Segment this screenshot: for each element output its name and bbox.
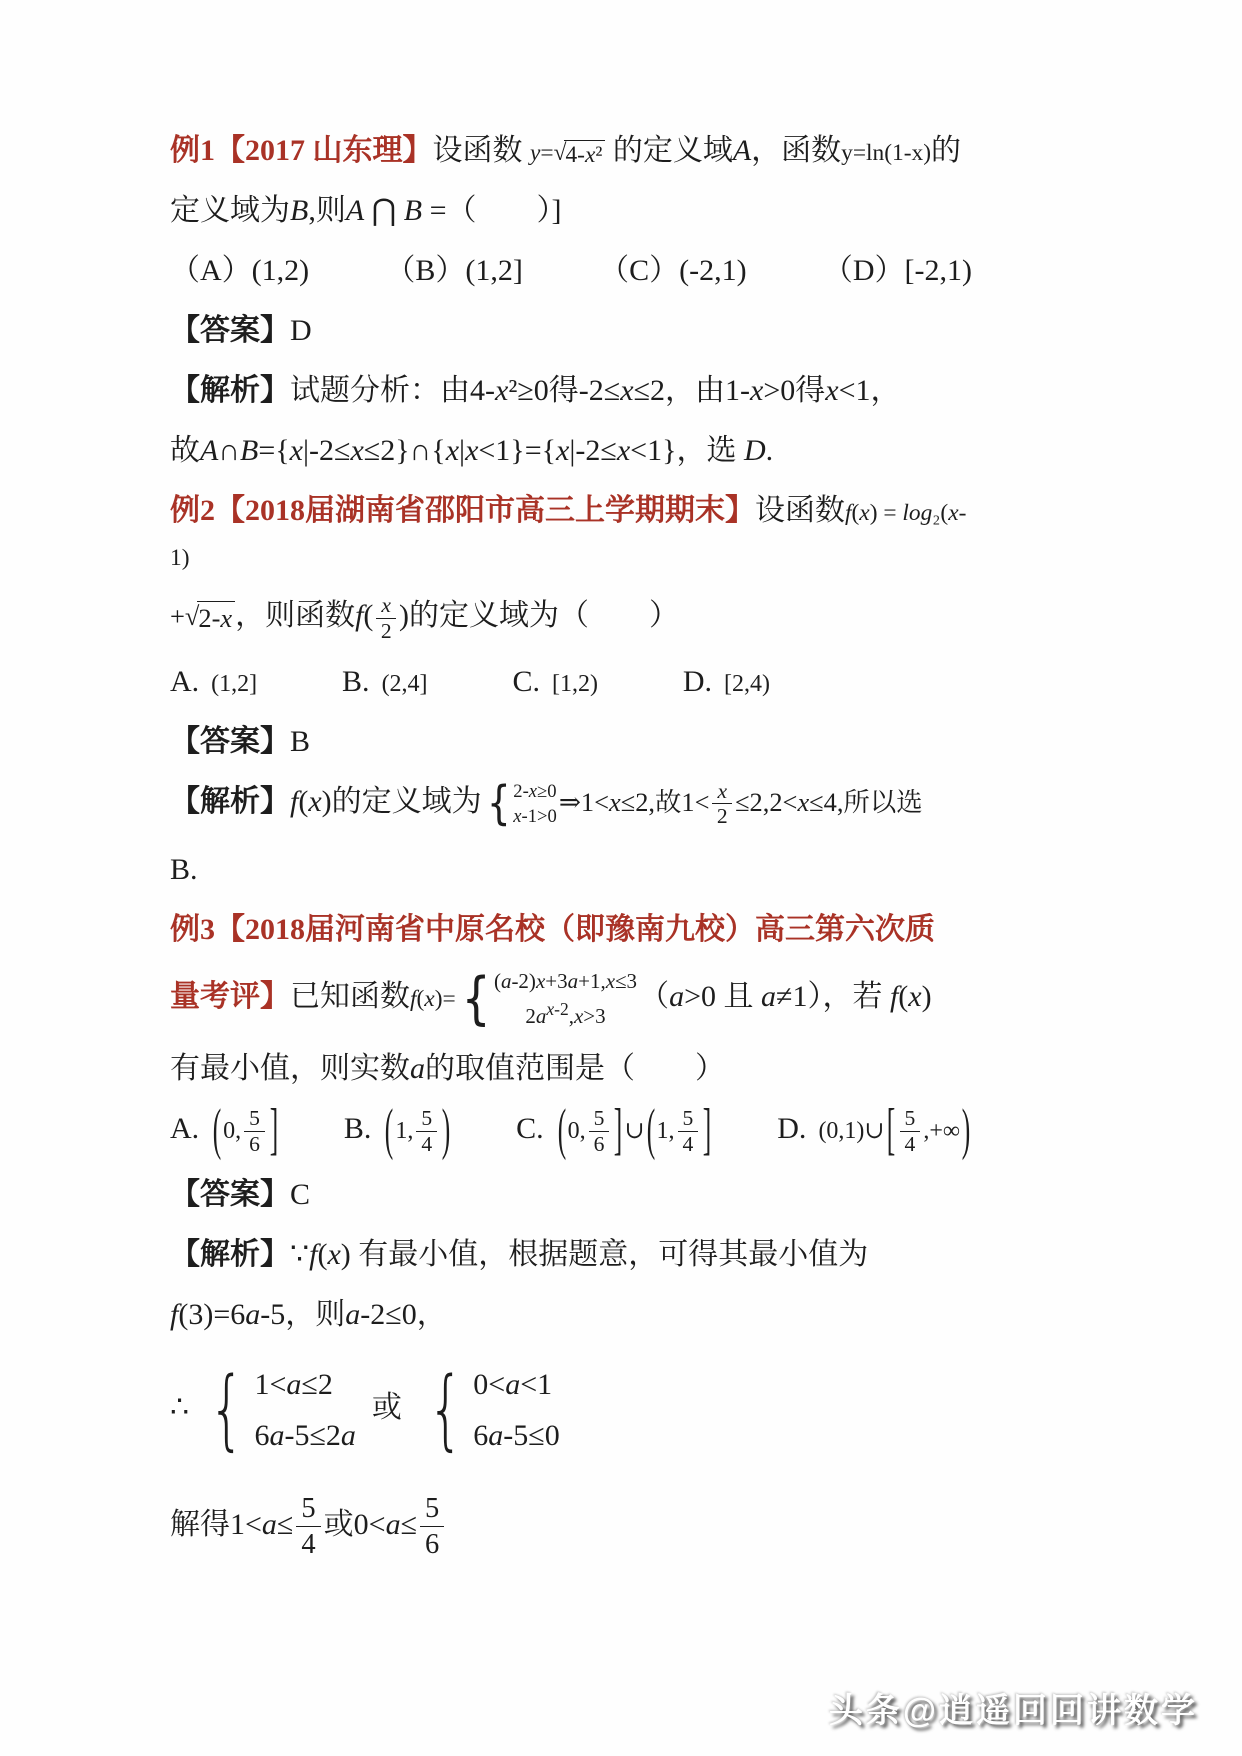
p2-solution-line: 【解析】f(x)的定义域为{2-x≥0x-1>0⇒1<x≤2,故1<x2≤2,2… xyxy=(170,779,972,830)
piecewise-tail: ,x>3 xyxy=(569,1004,606,1028)
fraction-denominator: 4 xyxy=(900,1132,921,1157)
p1-solution-label: 【解析】 xyxy=(170,374,290,407)
p1-text-domain: 的定义域 xyxy=(613,134,733,167)
fraction-denominator: 6 xyxy=(589,1132,610,1157)
piecewise-base: 2a xyxy=(525,1004,546,1028)
option-value: (2,4] xyxy=(382,671,428,697)
p2-heading: 例2【2018届湖南省邵阳市高三上学期期末】 xyxy=(170,494,755,527)
fraction-denominator: 6 xyxy=(244,1132,265,1157)
p3-solve-pre: 解得1<a≤ xyxy=(170,1508,293,1541)
system-row: 0<a<1 xyxy=(473,1359,559,1410)
p3-question-line: 有最小值，则实数a的取值范围是（ ） xyxy=(170,1046,972,1091)
option-label: B. xyxy=(342,665,370,698)
p3-option-a: A.(0,56] xyxy=(170,1106,280,1157)
document-content: 例1【2017 山东理】设函数 y=√4-x² 的定义域A，函数y=ln(1-x… xyxy=(170,128,972,1563)
p3-solution-text1: ∵f(x) 有最小值，根据题意，可得其最小值为 xyxy=(290,1238,868,1271)
fraction-numerator: x xyxy=(376,593,396,619)
p1-options-row: （A）(1,2) （B）(1,2] （C）(-2,1) （D）[-2,1) xyxy=(170,248,972,293)
p3-answer-label: 【答案】 xyxy=(170,1178,290,1211)
p2-answer-label: 【答案】 xyxy=(170,725,290,758)
system-row: 6a-5≤0 xyxy=(473,1410,559,1461)
open-paren: ( xyxy=(645,1103,655,1160)
p2-answer-line: 【答案】B xyxy=(170,719,972,764)
option-value: 1, xyxy=(657,1118,675,1144)
option-value: 0, xyxy=(568,1118,586,1144)
close-bracket: ] xyxy=(613,1103,623,1160)
p2-intro: 设函数 xyxy=(755,494,845,527)
system-row: 1<a≤2 xyxy=(254,1359,355,1410)
system-rows: 0<a<16a-5≤0 xyxy=(473,1359,559,1461)
option-label: A. xyxy=(170,665,199,698)
p1-intro: 设函数 xyxy=(433,134,523,167)
or-word: 或 xyxy=(372,1391,402,1424)
option-label: D. xyxy=(777,1112,806,1145)
p1-title-line: 例1【2017 山东理】设函数 y=√4-x² 的定义域A，函数y=ln(1-x… xyxy=(170,128,972,173)
p2-solution-continued: B. xyxy=(170,847,972,892)
system-rows: 2-x≥0x-1>0 xyxy=(513,779,557,829)
fraction-numerator: 5 xyxy=(589,1106,610,1132)
p1-answer-label: 【答案】 xyxy=(170,314,290,347)
union-symbol: ∪ xyxy=(624,1118,644,1144)
p2-answer-value: B xyxy=(290,725,310,758)
p1-formula2: y=ln(1-x) xyxy=(841,140,931,166)
brace-icon: { xyxy=(487,784,511,824)
p3-solution-line1: 【解析】∵f(x) 有最小值，根据题意，可得其最小值为 xyxy=(170,1232,972,1277)
open-paren: ( xyxy=(557,1103,567,1160)
option-value: (0,1)∪ xyxy=(818,1118,884,1144)
p2-plus-sign: + xyxy=(170,601,185,631)
fraction-denominator: 6 xyxy=(420,1527,444,1563)
p2-option-c: C.[1,2) xyxy=(512,659,598,704)
system-row: 2-x≥0 xyxy=(513,779,557,804)
p1-heading: 例1【2017 山东理】 xyxy=(170,134,433,167)
fraction-numerator: 5 xyxy=(678,1106,699,1132)
p1-var-a: A xyxy=(733,134,751,167)
p2-title-line: 例2【2018届湖南省邵阳市高三上学期期末】设函数f(x) = log₂(x-1… xyxy=(170,488,972,578)
brace-icon: { xyxy=(428,1373,464,1447)
p1-question-line: 定义域为B,则A ⋂ B =（ ）] xyxy=(170,188,972,233)
piecewise-exponent: x-2 xyxy=(546,999,568,1019)
option-label: B. xyxy=(344,1112,372,1145)
p1-formula1-prefix: y= xyxy=(530,140,554,166)
p2-solution-pre: f(x)的定义域为 xyxy=(290,785,482,818)
p1-option-c: （C）(-2,1) xyxy=(599,248,746,293)
fraction-5-4: 54 xyxy=(296,1491,320,1563)
p3-solution-line2: f(3)=6a-5，则a-2≤0， xyxy=(170,1292,972,1337)
p1-radicand: 4-x² xyxy=(564,140,605,170)
brace-icon: { xyxy=(461,975,490,1023)
option-value: [1,2) xyxy=(552,671,598,697)
p1-solution-line1: 【解析】试题分析：由4-x²≥0得-2≤x≤2，由1-x>0得x<1， xyxy=(170,368,972,413)
piecewise-rows: (a-2)x+3a+1,x≤32ax-2,x>3 xyxy=(494,967,637,1031)
p2-sqrt-expression: √2-x xyxy=(185,601,235,635)
fraction-numerator: 5 xyxy=(900,1106,921,1132)
p3-answer-value: C xyxy=(290,1178,310,1211)
document-page: 例1【2017 山东理】设函数 y=√4-x² 的定义域A，函数y=ln(1-x… xyxy=(0,0,1242,1756)
brace-icon: { xyxy=(209,1373,245,1447)
p1-solution-line2: 故A∩B={x|-2≤x≤2}∩{x|x<1}={x|-2≤x<1}，选 D. xyxy=(170,428,972,473)
p3-option-d: D.(0,1)∪[54,+∞) xyxy=(777,1106,972,1157)
p1-text-mid: ，函数 xyxy=(751,134,841,167)
p2-question-line: +√2-x，则函数f(x2)的定义域为（ ） xyxy=(170,593,972,644)
p2-option-a: A.(1,2] xyxy=(170,659,257,704)
fraction-5-6: 56 xyxy=(244,1106,265,1157)
option-value: ,+∞ xyxy=(923,1118,960,1144)
p2-option-d: D.[2,4) xyxy=(683,659,770,704)
p3-heading-line2: 量考评】 xyxy=(170,980,290,1013)
p3-option-b: B.(1,54) xyxy=(344,1106,452,1157)
p2-option-b: B.(2,4] xyxy=(342,659,428,704)
p1-option-a: （A）(1,2) xyxy=(170,248,309,293)
close-bracket: ] xyxy=(269,1103,279,1160)
fraction-numerator: 5 xyxy=(416,1106,437,1132)
therefore-symbol: ∴ xyxy=(170,1391,189,1424)
fraction-5-4: 54 xyxy=(416,1106,437,1157)
p3-system-line: ∴{1<a≤26a-5≤2a或{0<a<16a-5≤0 xyxy=(170,1359,972,1461)
p3-func-prefix: f(x)= xyxy=(410,986,456,1012)
p3-title-line2: 量考评】已知函数f(x)={(a-2)x+3a+1,x≤32ax-2,x>3（a… xyxy=(170,967,972,1031)
system-row: 6a-5≤2a xyxy=(254,1410,355,1461)
p3-intro: 已知函数 xyxy=(290,980,410,1013)
fraction-5-6: 56 xyxy=(589,1106,610,1157)
p2-solution-fraction: x2 xyxy=(712,779,732,830)
option-value: 0, xyxy=(223,1118,241,1144)
p3-system-2: {0<a<16a-5≤0 xyxy=(418,1359,560,1461)
fraction-5-4: 54 xyxy=(678,1106,699,1157)
option-value: 1, xyxy=(395,1118,413,1144)
p1-solution-text1: 试题分析：由4-x²≥0得-2≤x≤2，由1-x>0得x<1， xyxy=(290,374,901,407)
fraction-numerator: 5 xyxy=(420,1491,444,1528)
piecewise-row: (a-2)x+3a+1,x≤3 xyxy=(494,967,637,996)
p3-conclusion-line: 解得1<a≤54或0<a≤56 xyxy=(170,1491,972,1563)
p2-system-of-inequalities: {2-x≥0x-1>0 xyxy=(484,779,557,829)
fraction-5-6: 56 xyxy=(420,1491,444,1563)
fraction-denominator: 2 xyxy=(376,619,396,644)
fraction-denominator: 4 xyxy=(416,1132,437,1157)
p3-heading-line1: 例3【2018届河南省中原名校（即豫南九校）高三第六次质 xyxy=(170,907,972,952)
open-bracket: [ xyxy=(885,1103,895,1160)
p3-system-1: {1<a≤26a-5≤2a xyxy=(199,1359,356,1461)
fraction-denominator: 4 xyxy=(296,1527,320,1563)
fraction-denominator: 4 xyxy=(678,1132,699,1157)
p3-option-c: C.(0,56]∪(1,54] xyxy=(516,1106,713,1157)
p1-sqrt-expression: √4-x² xyxy=(554,140,606,170)
p1-option-d: （D）[-2,1) xyxy=(823,248,972,293)
p3-condition: （a>0 且 a≠1），若 f(x) xyxy=(639,980,932,1013)
p2-text-mid2: 的定义域为（ ） xyxy=(409,599,679,632)
option-value: [2,4) xyxy=(724,671,770,697)
p1-text-tail: 的 xyxy=(931,134,961,167)
p2-text-mid1: ，则函数 xyxy=(235,599,355,632)
p1-answer-value: D xyxy=(290,314,312,347)
p2-func-open: f( xyxy=(355,599,373,632)
close-paren: ) xyxy=(441,1103,451,1160)
option-label: C. xyxy=(516,1112,544,1145)
p2-solution-mid: ⇒1<x≤2,故1< xyxy=(559,787,710,817)
p1-answer-line: 【答案】D xyxy=(170,308,972,353)
fraction-numerator: x xyxy=(712,779,732,805)
p1-option-b: （B）(1,2] xyxy=(385,248,523,293)
piecewise-row: 2ax-2,x>3 xyxy=(494,997,637,1031)
open-paren: ( xyxy=(384,1103,394,1160)
option-label: D. xyxy=(683,665,712,698)
system-rows: 1<a≤26a-5≤2a xyxy=(254,1359,355,1461)
fraction-5-4: 54 xyxy=(900,1106,921,1157)
watermark: 头条@逍遥回回讲数学 xyxy=(829,1683,1198,1732)
fraction-numerator: 5 xyxy=(296,1491,320,1528)
fraction-numerator: 5 xyxy=(244,1106,265,1132)
p2-solution-post: ≤2,2<x≤4,所以选 xyxy=(735,787,923,817)
option-value: (1,2] xyxy=(211,671,257,697)
p2-options-row: A.(1,2] B.(2,4] C.[1,2) D.[2,4) xyxy=(170,659,770,704)
option-label: A. xyxy=(170,1112,199,1145)
p3-solve-mid: 或0<a≤ xyxy=(324,1508,417,1541)
p3-solution-label: 【解析】 xyxy=(170,1238,290,1271)
p3-options-row: A.(0,56] B.(1,54) C.(0,56]∪(1,54] D.(0,1… xyxy=(170,1106,972,1157)
p2-solution-label: 【解析】 xyxy=(170,785,290,818)
p2-fraction-x-over-2: x2 xyxy=(376,593,396,644)
close-paren: ) xyxy=(961,1103,971,1160)
p3-answer-line: 【答案】C xyxy=(170,1172,972,1217)
p3-piecewise-function: {(a-2)x+3a+1,x≤32ax-2,x>3 xyxy=(458,967,637,1031)
close-bracket: ] xyxy=(702,1103,712,1160)
p2-func-close: ) xyxy=(399,599,409,632)
system-row: x-1>0 xyxy=(513,804,557,829)
open-paren: ( xyxy=(212,1103,222,1160)
option-label: C. xyxy=(512,665,540,698)
fraction-denominator: 2 xyxy=(712,804,732,829)
p2-radicand: 2-x xyxy=(197,601,235,635)
